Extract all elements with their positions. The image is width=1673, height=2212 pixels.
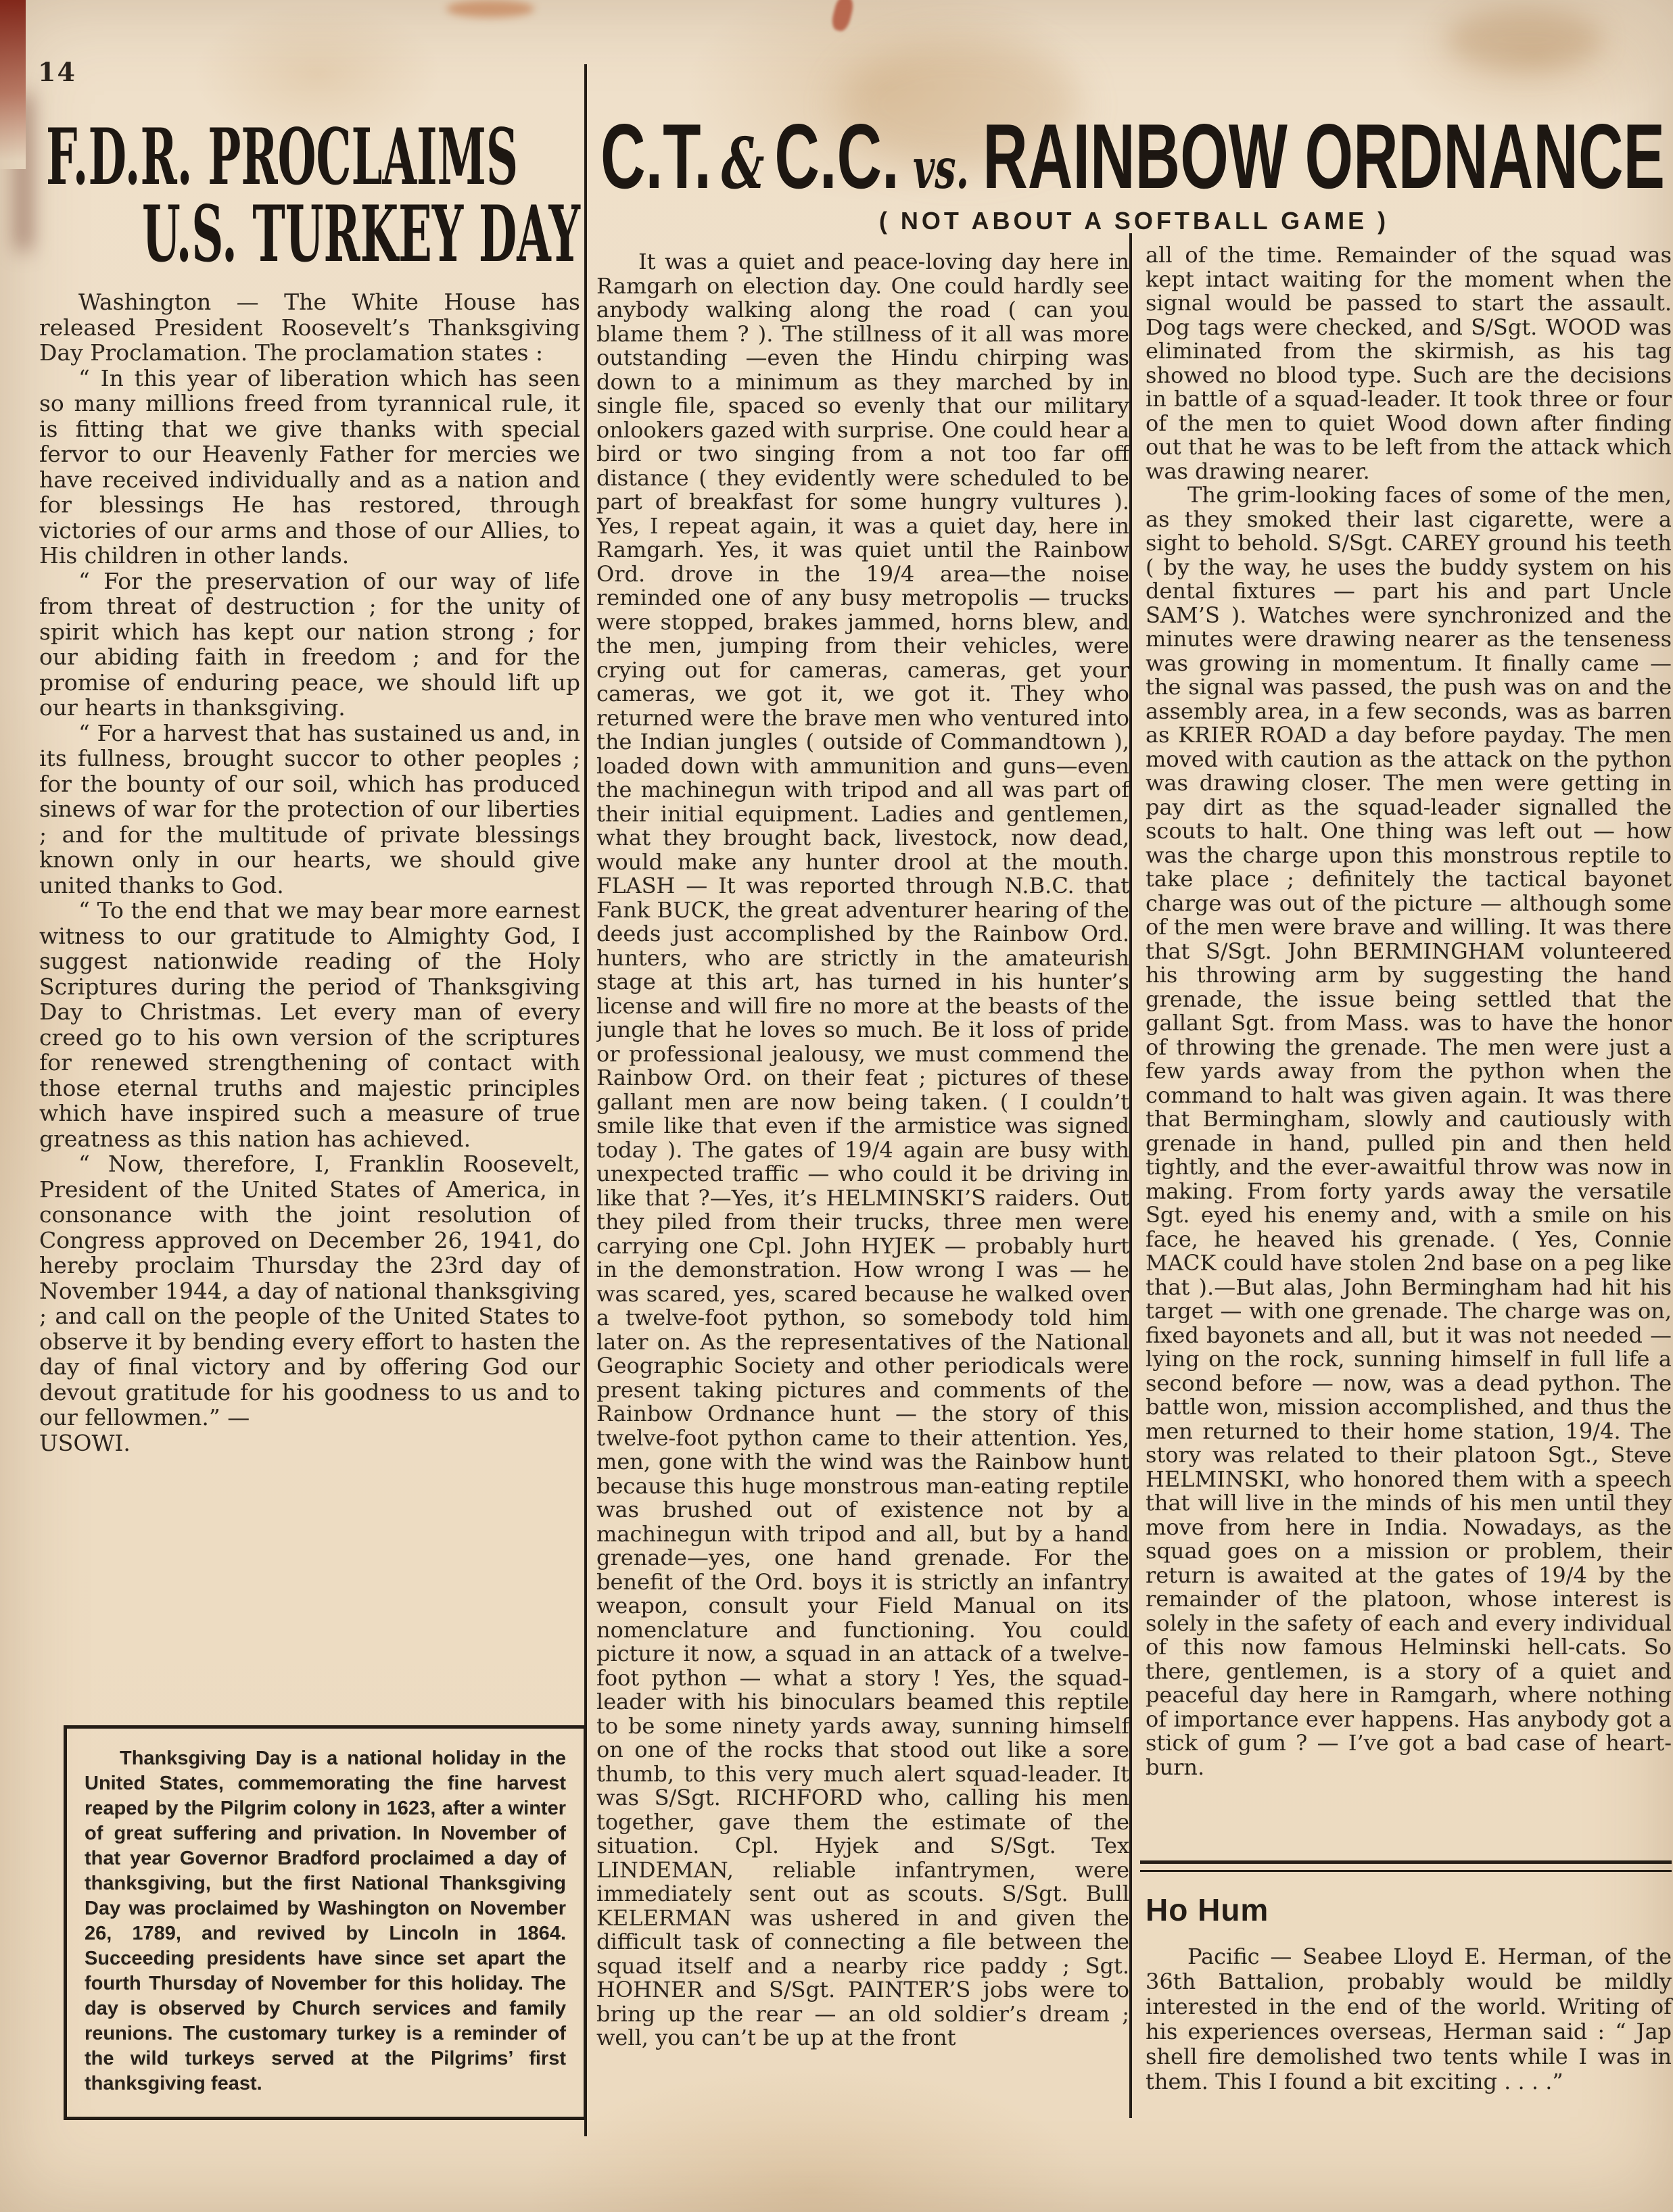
paragraph: It was a quiet and peace-loving day here… [596,250,1129,2050]
ho-hum-paragraph: Pacific — Seabee Lloyd E. Herman, of the… [1146,1944,1672,2094]
paragraph: “ For a harvest that has sustained us an… [39,721,580,898]
paper-stain [1447,9,1603,70]
headline-vs: vs. [913,137,969,201]
paragraph: “ In this year of liberation which has s… [39,366,580,569]
main-headline: C.T.&C.C.vs.RAINBOW ORDNANCE [600,105,1665,208]
thanksgiving-box-text: Thanksgiving Day is a national holiday i… [85,1746,566,2096]
paragraph: “ Now, therefore, I, Franklin Roosevelt,… [39,1151,580,1430]
paper-stain [830,0,855,32]
headline-part2: C.C. [774,105,899,208]
subhead: ( NOT ABOUT A SOFTBALL GAME ) [595,207,1673,235]
headline-part1: C.T. [600,105,711,208]
headline-ampersand: & [722,122,765,205]
paragraph: “ For the preservation of our way of lif… [39,569,580,721]
headline-part3: RAINBOW ORDNANCE [983,105,1665,208]
column-rule-right [1129,233,1132,2118]
paragraph: all of the time. Remainder of the squad … [1146,243,1672,483]
paper-stain [0,0,26,169]
paper-stain [446,0,534,18]
thanksgiving-box: Thanksgiving Day is a national holiday i… [64,1725,587,2120]
left-article-body: Washington — The White House has release… [39,289,580,1719]
left-headline-line2: U.S. TURKEY DAY [142,191,581,279]
section-divider-rule [1140,1860,1672,1872]
proclamation-signoff: USOWI. [39,1430,580,1456]
article-column-right: all of the time. Remainder of the squad … [1146,243,1672,1854]
left-headline-line2-svg: U.S. TURKEY DAY [142,191,586,280]
paragraph: The grim-looking faces of some of the me… [1146,483,1672,1779]
main-headline-svg: C.T.&C.C.vs.RAINBOW ORDNANCE [600,100,1670,210]
paragraph: Washington — The White House has release… [39,289,580,366]
newspaper-page: 14 F.D.R. PROCLAIMS U.S. TURKEY DAY C.T.… [0,0,1673,2212]
page-number: 14 [38,57,76,87]
paragraph: “ To the end that we may bear more earne… [39,898,580,1151]
left-headline-line1-svg: F.D.R. PROCLAIMS [46,114,523,203]
article-column-middle: It was a quiet and peace-loving day here… [596,250,1129,2123]
ho-hum-heading: Ho Hum [1146,1892,1269,1928]
left-headline-line1: F.D.R. PROCLAIMS [46,114,518,202]
